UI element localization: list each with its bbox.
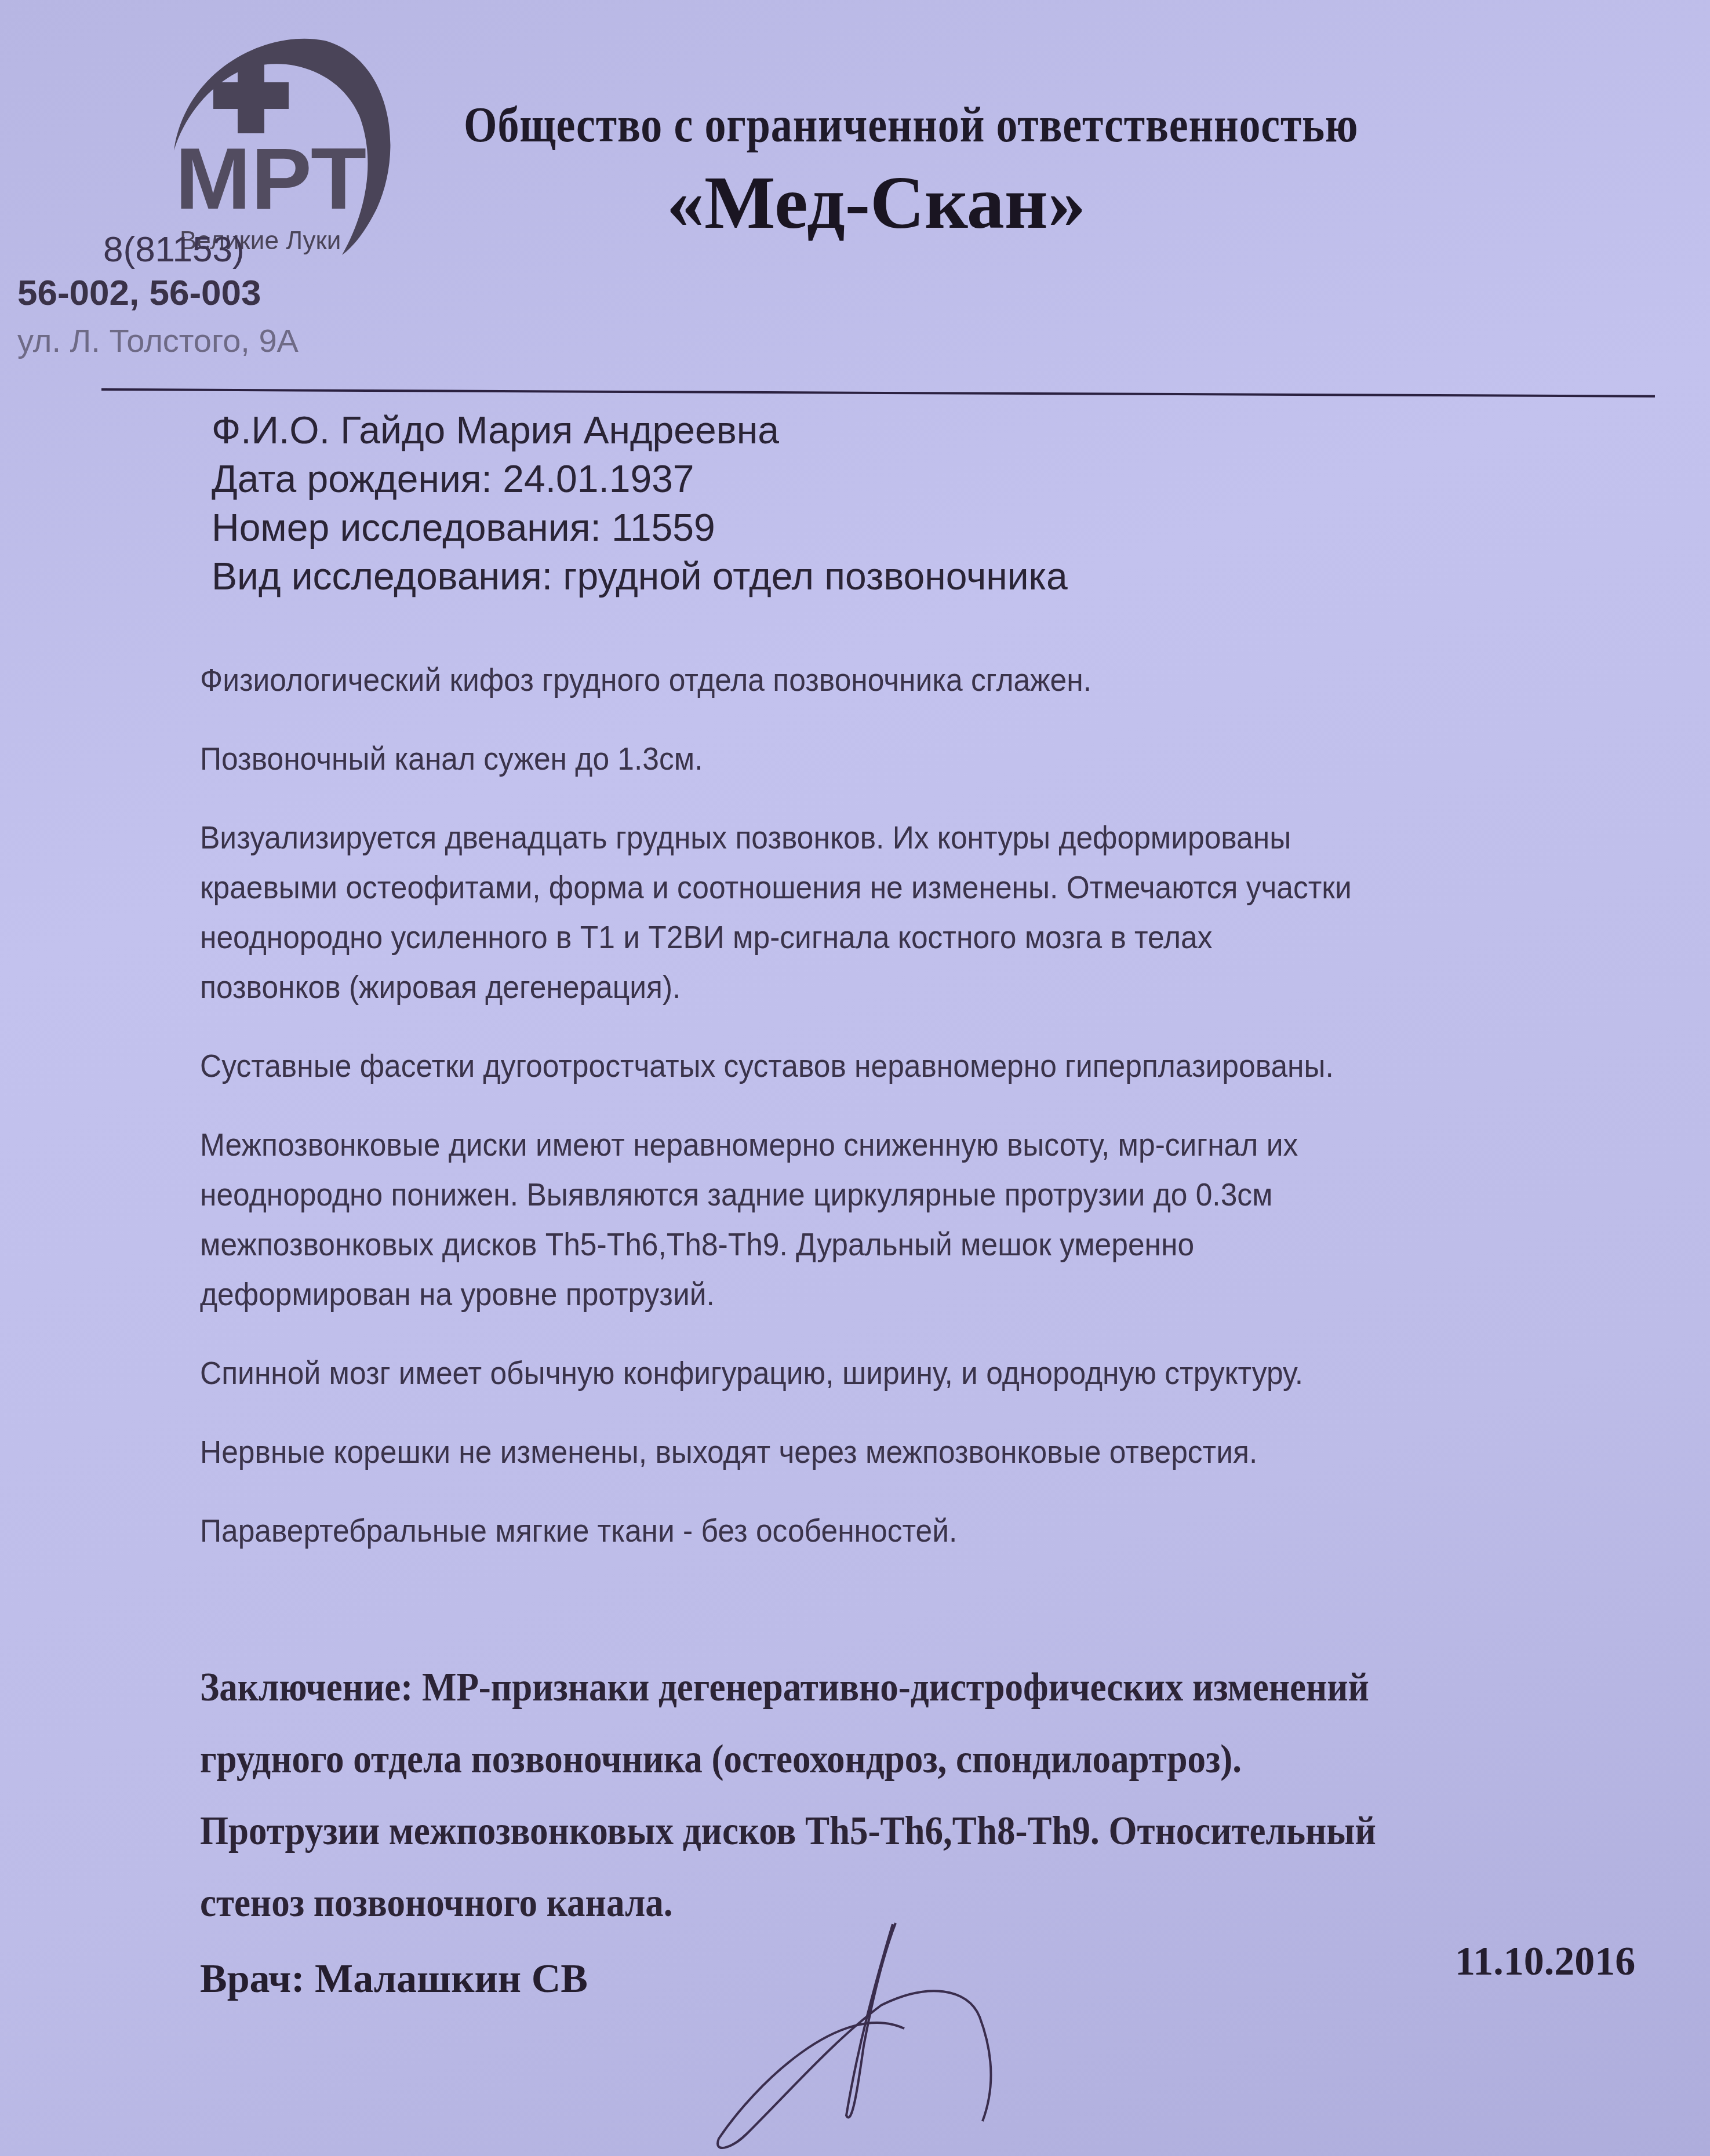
patient-info: Ф.И.О. Гайдо Мария Андреевна Дата рожден… <box>212 406 1068 600</box>
svg-text:МРТ: МРТ <box>175 130 366 227</box>
finding-paragraph: Физиологический кифоз грудного отдела по… <box>200 655 1565 705</box>
finding-paragraph: Визуализируется двенадцать грудных позво… <box>200 813 1565 1012</box>
address: ул. Л. Толстого, 9А <box>17 322 299 359</box>
doctor-name: Врач: Малашкин СВ <box>200 1956 588 2002</box>
handwritten-signature-icon <box>667 1913 1246 2156</box>
header-divider <box>101 388 1655 398</box>
finding-paragraph: Позвоночный канал сужен до 1.3см. <box>200 734 1565 784</box>
findings: Физиологический кифоз грудного отдела по… <box>200 655 1684 1585</box>
study-number: Номер исследования: 11559 <box>212 503 1068 552</box>
org-type: Общество с ограниченной ответственностью <box>464 96 1358 154</box>
org-name: «Мед-Скан» <box>667 159 1086 246</box>
patient-name: Ф.И.О. Гайдо Мария Андреевна <box>212 406 1068 454</box>
birth-date: Дата рождения: 24.01.1937 <box>212 454 1068 503</box>
study-type: Вид исследования: грудной отдел позвоноч… <box>212 552 1068 600</box>
report-date: 11.10.2016 <box>1455 1939 1635 1985</box>
finding-paragraph: Нервные корешки не изменены, выходят чер… <box>200 1427 1565 1477</box>
finding-paragraph: Спинной мозг имеет обычную конфигурацию,… <box>200 1348 1565 1398</box>
medical-cross-crescent-icon: МРТ Великие Луки <box>133 17 400 261</box>
finding-paragraph: Межпозвонковые диски имеют неравномерно … <box>200 1120 1565 1319</box>
conclusion-text: Заключение: МР-признаки дегенеративно-ди… <box>200 1652 1536 1939</box>
finding-paragraph: Суставные фасетки дугоотростчатых сустав… <box>200 1041 1565 1091</box>
phone-code: 8(81153) <box>103 229 245 270</box>
conclusion-block: Заключение: МР-признаки дегенеративно-ди… <box>200 1652 1684 1939</box>
phone-numbers: 56-002, 56-003 <box>17 272 261 314</box>
finding-paragraph: Паравертебральные мягкие ткани - без осо… <box>200 1506 1565 1556</box>
mrt-logo: МРТ Великие Луки <box>133 17 400 261</box>
